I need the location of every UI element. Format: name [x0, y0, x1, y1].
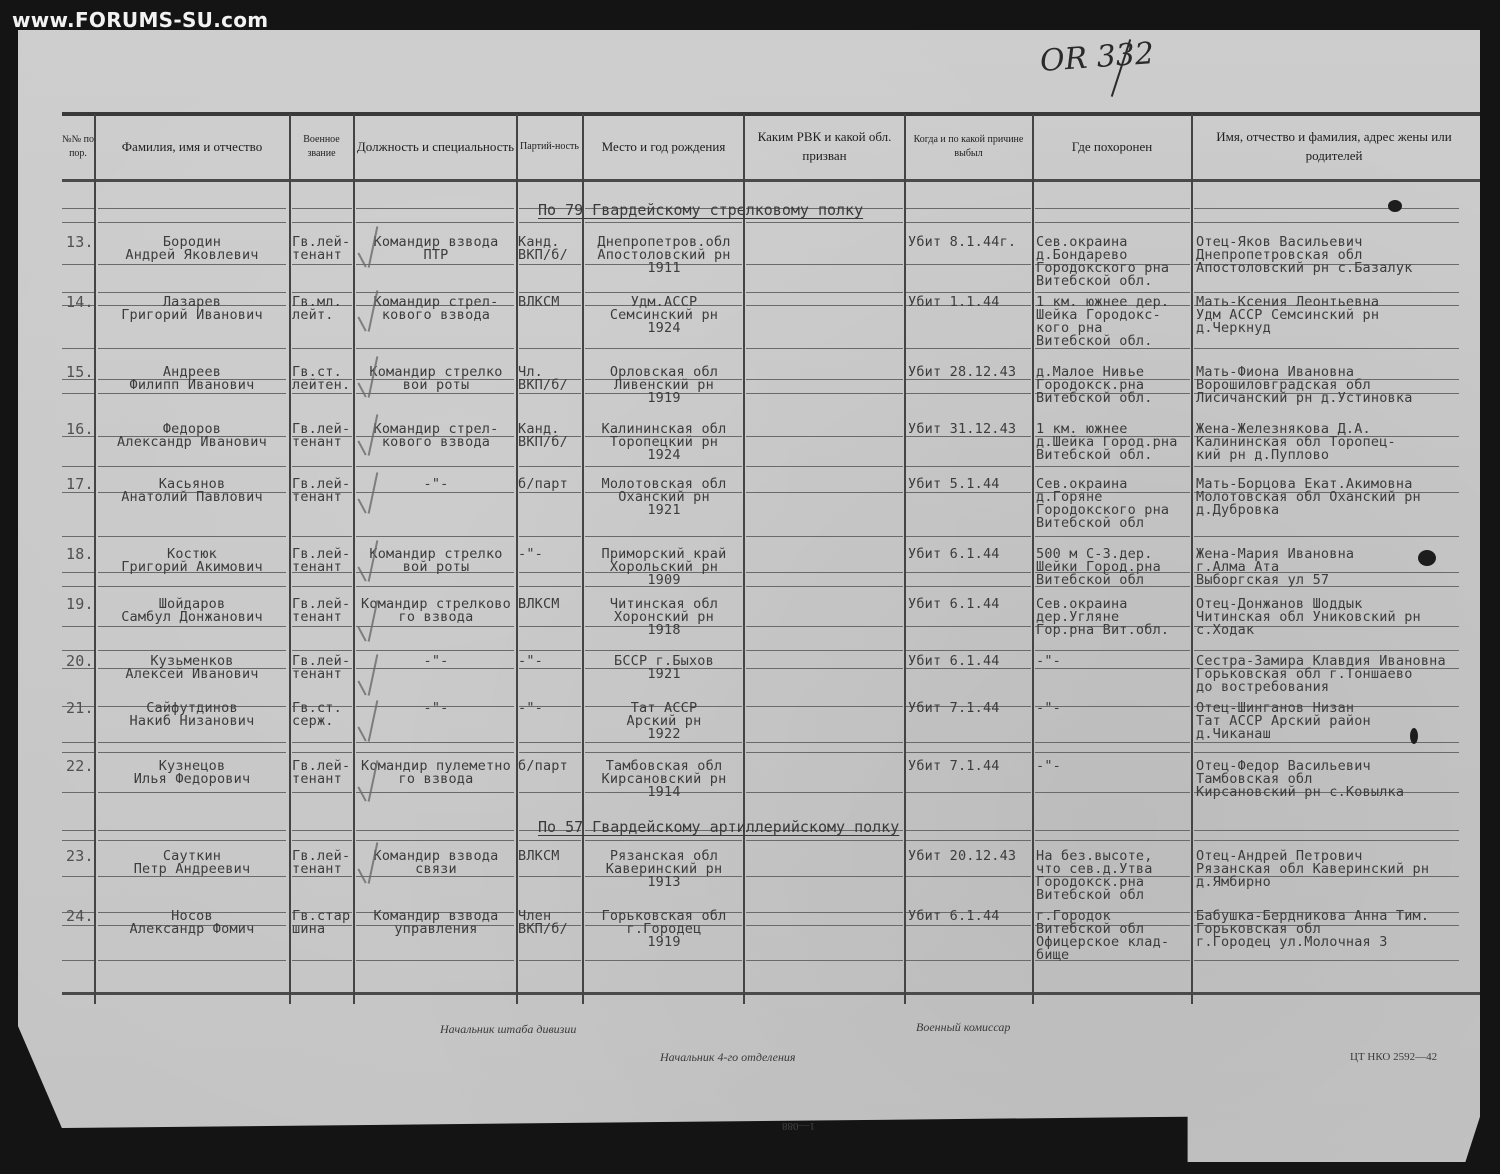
ruled-line	[585, 466, 742, 467]
ruled-line	[98, 466, 286, 467]
form-code: ЦТ НКО 2592—42	[1350, 1051, 1437, 1063]
ruled-line	[356, 292, 514, 293]
ruled-line	[519, 492, 581, 493]
ruled-line	[1194, 536, 1459, 537]
ruled-line	[356, 840, 514, 841]
ruled-line	[98, 536, 286, 537]
ruled-line	[906, 626, 1031, 627]
ruled-line	[62, 536, 94, 537]
ruled-line	[906, 742, 1031, 743]
footer-commissar: Военный комиссар	[916, 1020, 1010, 1035]
cell-party: Чл. ВКП/б/	[518, 366, 582, 392]
ruled-line	[585, 650, 742, 651]
cell-num: 18.	[66, 548, 94, 561]
paper-damage	[1418, 550, 1436, 566]
ruled-line	[585, 292, 742, 293]
header-position: Должность и специальность	[356, 118, 515, 176]
ruled-line	[62, 348, 94, 349]
cell-when: Убит 6.1.44	[908, 598, 1032, 611]
site-watermark: www.FORUMS-SU.com	[12, 8, 268, 32]
ruled-line	[356, 536, 514, 537]
cell-when: Убит 31.12.43	[908, 423, 1032, 436]
ruled-line	[746, 492, 903, 493]
ruled-line	[906, 292, 1031, 293]
ruled-line	[1035, 650, 1190, 651]
ruled-line	[746, 466, 903, 467]
ruled-line	[98, 840, 286, 841]
ruled-line	[98, 650, 286, 651]
ruled-line	[98, 208, 286, 209]
cell-rank: Гв.лей- тенант	[292, 478, 354, 504]
cell-relatives: Мать-Ксения Леонтьевна Удм АССР Семсинск…	[1196, 296, 1476, 335]
header-rvk: Каким РВК и какой обл. призван	[746, 118, 903, 176]
ruled-line	[746, 393, 903, 394]
cell-birth: Читинская обл Хоронский рн 1918	[585, 598, 743, 637]
ruled-line	[519, 466, 581, 467]
cell-num: 23.	[66, 850, 94, 863]
ruled-line	[906, 466, 1031, 467]
cell-birth: Тат АССР Арский рн 1922	[585, 702, 743, 741]
cell-num: 22.	[66, 760, 94, 773]
cell-rank: Гв.лей- тенант	[292, 548, 354, 574]
cell-rank: Гв.лей- тенант	[292, 598, 354, 624]
cell-when: Убит 6.1.44	[908, 548, 1032, 561]
ruled-line	[98, 348, 286, 349]
cell-num: 21.	[66, 702, 94, 715]
ruled-line	[1194, 222, 1459, 223]
ruled-line	[356, 393, 514, 394]
ruled-line	[906, 792, 1031, 793]
ruled-line	[98, 222, 286, 223]
ruled-line	[356, 960, 514, 961]
ruled-line	[1035, 792, 1190, 793]
cell-buried: -"-	[1036, 655, 1192, 668]
cell-position: Командир стрелко вой роты	[356, 366, 516, 392]
cell-buried: Сев.окраина дер.Угляне Гор.рна Вит.обл.	[1036, 598, 1192, 637]
ruled-line	[1035, 222, 1190, 223]
header-party: Партий-ность	[518, 118, 581, 176]
cell-rank: Гв.лей- тенант	[292, 760, 354, 786]
ruled-line	[1035, 208, 1190, 209]
ruled-line	[906, 960, 1031, 961]
ruled-line	[906, 830, 1031, 831]
cell-num: 17.	[66, 478, 94, 491]
ruled-line	[746, 292, 903, 293]
cell-relatives: Бабушка-Бердникова Анна Тим. Горьковская…	[1196, 910, 1476, 949]
ruled-line	[356, 752, 514, 753]
ruled-line	[1194, 742, 1459, 743]
header-num: №№ по пор.	[62, 118, 94, 176]
cell-party: Член ВКП/б/	[518, 910, 582, 936]
ruled-line	[746, 742, 903, 743]
ruled-line	[62, 393, 94, 394]
ruled-line	[356, 586, 514, 587]
ruled-line	[519, 292, 581, 293]
cell-name: Сауткин Петр Андреевич	[96, 850, 288, 876]
cell-party: ВЛКСМ	[518, 850, 582, 863]
ruled-line	[292, 536, 352, 537]
ruled-line	[62, 752, 94, 753]
ruled-line	[519, 792, 581, 793]
ruled-line	[292, 742, 352, 743]
cell-num: 20.	[66, 655, 94, 668]
cell-position: Командир стрелко вой роты	[356, 548, 516, 574]
cell-party: -"-	[518, 702, 582, 715]
cell-birth: Днепропетров.обл Апостоловский рн 1911	[585, 236, 743, 275]
cell-relatives: Отец-Андрей Петрович Рязанская обл Кавер…	[1196, 850, 1476, 889]
ruled-line	[746, 925, 903, 926]
ruled-line	[62, 586, 94, 587]
cell-buried: -"-	[1036, 702, 1192, 715]
ruled-line	[1194, 348, 1459, 349]
ruled-line	[906, 586, 1031, 587]
ruled-line	[356, 742, 514, 743]
ruled-line	[519, 536, 581, 537]
ruled-line	[98, 264, 286, 265]
cell-buried: На без.высоте, что сев.д.Утва Городокск.…	[1036, 850, 1192, 902]
cell-relatives: Мать-Борцова Екат.Акимовна Молотовская о…	[1196, 478, 1476, 517]
ruled-line	[746, 264, 903, 265]
ruled-line	[746, 626, 903, 627]
cell-position: -"-	[356, 702, 516, 715]
ruled-line	[1194, 840, 1459, 841]
ruled-line	[292, 840, 352, 841]
ruled-line	[746, 960, 903, 961]
cell-when: Убит 8.1.44г.	[908, 236, 1032, 249]
ruled-line	[356, 264, 514, 265]
cell-num: 14.	[66, 296, 94, 309]
cell-relatives: Мать-Фиона Ивановна Ворошиловградская об…	[1196, 366, 1476, 405]
cell-party: -"-	[518, 655, 582, 668]
cell-position: Командир пулеметно го взвода	[356, 760, 516, 786]
ruled-line	[292, 348, 352, 349]
cell-rank: Гв.лей- тенант	[292, 236, 354, 262]
cell-when: Убит 6.1.44	[908, 910, 1032, 923]
ruled-line	[356, 466, 514, 467]
ruled-line	[292, 466, 352, 467]
ruled-line	[292, 626, 352, 627]
header-buried: Где похоронен	[1034, 118, 1190, 176]
header-rank: Военное звание	[291, 118, 352, 176]
ruled-line	[906, 752, 1031, 753]
ruled-line	[746, 668, 903, 669]
cell-position: Командир взвода управления	[356, 910, 516, 936]
ruled-line	[356, 830, 514, 831]
ruled-line	[292, 650, 352, 651]
ruled-line	[585, 840, 742, 841]
ruled-line	[585, 742, 742, 743]
ruled-line	[356, 492, 514, 493]
cell-birth: Приморский край Хорольский рн 1909	[585, 548, 743, 587]
ruled-line	[62, 222, 94, 223]
ruled-line	[62, 925, 94, 926]
ruled-line	[1035, 536, 1190, 537]
cell-buried: г.Городок Витебской обл Офицерское клад-…	[1036, 910, 1192, 962]
ruled-line	[1194, 830, 1459, 831]
cell-when: Убит 7.1.44	[908, 702, 1032, 715]
ruled-line	[98, 292, 286, 293]
cell-birth: Тамбовская обл Кирсановский рн 1914	[585, 760, 743, 799]
cell-rank: Гв.стар шина	[292, 910, 354, 936]
ruled-line	[746, 379, 903, 380]
column-divider	[743, 114, 745, 1004]
ruled-line	[746, 536, 903, 537]
ruled-line	[292, 222, 352, 223]
header-when: Когда и по какой причине выбыл	[906, 118, 1031, 176]
ruled-line	[906, 876, 1031, 877]
ruled-line	[1194, 208, 1459, 209]
ruled-line	[62, 960, 94, 961]
ruled-line	[906, 925, 1031, 926]
ruled-line	[746, 586, 903, 587]
cell-relatives: Отец-Шинганов Низан Тат АССР Арский райо…	[1196, 702, 1476, 741]
cell-rank: Гв.лей- тенант	[292, 850, 354, 876]
ruled-line	[746, 706, 903, 707]
ruled-line	[1194, 292, 1459, 293]
ruled-line	[356, 348, 514, 349]
cell-num: 19.	[66, 598, 94, 611]
ruled-line	[356, 222, 514, 223]
column-divider	[289, 114, 291, 1004]
ruled-line	[585, 752, 742, 753]
cell-buried: 1 км. южнее д.Шейка Город.рна Витебской …	[1036, 423, 1192, 462]
cell-num: 24.	[66, 910, 94, 923]
ruled-line	[356, 208, 514, 209]
ruled-line	[1194, 650, 1459, 651]
ruled-line	[746, 305, 903, 306]
cell-birth: Горьковская обл г.Городец 1919	[585, 910, 743, 949]
cell-birth: Рязанская обл Каверинский рн 1913	[585, 850, 743, 889]
column-divider	[582, 114, 584, 1004]
cell-name: Носов Александр Фомич	[96, 910, 288, 936]
cell-when: Убит 7.1.44	[908, 760, 1032, 773]
ruled-line	[519, 572, 581, 573]
ruled-line	[906, 840, 1031, 841]
column-divider	[1032, 114, 1034, 1004]
cell-when: Убит 20.12.43	[908, 850, 1032, 863]
paper-damage	[1410, 728, 1418, 744]
cell-party: Канд. ВКП/б/	[518, 423, 582, 449]
cell-position: -"-	[356, 478, 516, 491]
ruled-line	[1035, 466, 1190, 467]
ruled-line	[1035, 752, 1190, 753]
ruled-line	[62, 840, 94, 841]
cell-relatives: Отец-Яков Васильевич Днепропетровская об…	[1196, 236, 1476, 275]
cell-when: Убит 5.1.44	[908, 478, 1032, 491]
cell-num: 13.	[66, 236, 94, 249]
paper-damage	[1388, 200, 1402, 212]
cell-rank: Гв.лей- тенант	[292, 423, 354, 449]
cell-when: Убит 1.1.44	[908, 296, 1032, 309]
cell-buried: -"-	[1036, 760, 1192, 773]
ruled-line	[292, 752, 352, 753]
ruled-line	[519, 840, 581, 841]
ruled-line	[98, 393, 286, 394]
ruled-line	[906, 348, 1031, 349]
ruled-line	[292, 393, 352, 394]
section-label: По 57 Гвардейскому артиллерийскому полку	[538, 818, 899, 836]
cell-name: Лазарев Григорий Иванович	[96, 296, 288, 322]
ruled-line	[585, 348, 742, 349]
cell-buried: Сев.окраина д.Бондарево Городокского рна…	[1036, 236, 1192, 288]
ruled-line	[292, 292, 352, 293]
cell-party: -"-	[518, 548, 582, 561]
page-mark: 1—088	[782, 1120, 815, 1132]
ruled-line	[98, 752, 286, 753]
ruled-line	[1035, 840, 1190, 841]
cell-position: Командир стрелково го взвода	[356, 598, 516, 624]
cell-buried: 1 км. южнее дер. Шейка Городокс- кого рн…	[1036, 296, 1192, 348]
ruled-line	[1035, 292, 1190, 293]
ruled-line	[746, 222, 903, 223]
ruled-line	[1035, 742, 1190, 743]
cell-relatives: Отец-Федор Васильевич Тамбовская обл Кир…	[1196, 760, 1476, 799]
ruled-line	[519, 222, 581, 223]
column-divider	[904, 114, 906, 1004]
cell-rank: Гв.ст. лейтен.	[292, 366, 354, 392]
ruled-line	[746, 792, 903, 793]
section-label: По 79 Гвардейскому стрелковому полку	[538, 201, 863, 219]
ruled-line	[356, 650, 514, 651]
ruled-line	[62, 572, 94, 573]
cell-birth: Молотовская обл Оханский рн 1921	[585, 478, 743, 517]
ruled-line	[746, 348, 903, 349]
header-name: Фамилия, имя и отчество	[96, 118, 288, 176]
ruled-line	[292, 264, 352, 265]
ruled-line	[62, 792, 94, 793]
ruled-line	[519, 264, 581, 265]
table-bottom-rule	[62, 992, 1480, 995]
cell-num: 15.	[66, 366, 94, 379]
cell-rank: Гв.мл. лейт.	[292, 296, 354, 322]
ruled-line	[906, 264, 1031, 265]
ruled-line	[519, 752, 581, 753]
ruled-line	[1194, 752, 1459, 753]
ruled-line	[746, 650, 903, 651]
ruled-line	[62, 466, 94, 467]
table-header-rule	[62, 179, 1480, 182]
cell-buried: д.Малое Нивье Городокск.рна Витебской об…	[1036, 366, 1192, 405]
cell-name: Сайфутдинов Накиб Низанович	[96, 702, 288, 728]
ruled-line	[746, 572, 903, 573]
footer-dept-head: Начальник 4-го отделения	[660, 1050, 795, 1065]
cell-name: Шойдаров Самбул Донжанович	[96, 598, 288, 624]
cell-position: -"-	[356, 655, 516, 668]
table-top-rule	[62, 112, 1480, 116]
cell-when: Убит 28.12.43	[908, 366, 1032, 379]
ruled-line	[519, 876, 581, 877]
ruled-line	[62, 830, 94, 831]
ruled-line	[1194, 960, 1459, 961]
ruled-line	[906, 208, 1031, 209]
cell-position: Командир взвода связи	[356, 850, 516, 876]
ruled-line	[62, 876, 94, 877]
cell-party: б/парт	[518, 478, 582, 491]
ruled-line	[1035, 830, 1190, 831]
cell-relatives: Отец-Донжанов Шоддык Читинская обл Унико…	[1196, 598, 1476, 637]
ruled-line	[98, 626, 286, 627]
ruled-line	[519, 626, 581, 627]
cell-birth: Удм.АССР Семсинский рн 1924	[585, 296, 743, 335]
ruled-line	[906, 393, 1031, 394]
cell-position: Командир стрел- кового взвода	[356, 423, 516, 449]
cell-buried: Сев.окраина д.Горяне Городокского рна Ви…	[1036, 478, 1192, 530]
ruled-line	[1194, 466, 1459, 467]
ruled-line	[62, 626, 94, 627]
cell-party: б/парт	[518, 760, 582, 773]
ruled-line	[519, 393, 581, 394]
ruled-line	[62, 650, 94, 651]
cell-relatives: Жена-Железнякова Д.А. Калининская обл То…	[1196, 423, 1476, 462]
ruled-line	[519, 348, 581, 349]
ruled-line	[292, 586, 352, 587]
ruled-line	[356, 792, 514, 793]
cell-rank: Гв.лей- тенант	[292, 655, 354, 681]
ruled-line	[746, 876, 903, 877]
ruled-line	[292, 960, 352, 961]
ruled-line	[585, 222, 742, 223]
ruled-line	[519, 960, 581, 961]
ruled-line	[519, 586, 581, 587]
ruled-line	[292, 792, 352, 793]
cell-name: Андреев Филипп Иванович	[96, 366, 288, 392]
cell-when: Убит 6.1.44	[908, 655, 1032, 668]
ruled-line	[746, 840, 903, 841]
ruled-line	[746, 436, 903, 437]
ruled-line	[292, 208, 352, 209]
cell-party: Канд. ВКП/б/	[518, 236, 582, 262]
cell-name: Кузнецов Илья Федорович	[96, 760, 288, 786]
cell-party: ВЛКСМ	[518, 296, 582, 309]
cell-relatives: Сестра-Замира Клавдия Ивановна Горьковск…	[1196, 655, 1476, 694]
ruled-line	[906, 572, 1031, 573]
cell-name: Федоров Александр Иванович	[96, 423, 288, 449]
header-relatives: Имя, отчество и фамилия, адрес жены или …	[1194, 118, 1474, 176]
ruled-line	[906, 536, 1031, 537]
cell-birth: Орловская обл Ливенский рн 1919	[585, 366, 743, 405]
ruled-line	[62, 742, 94, 743]
ruled-line	[98, 586, 286, 587]
ruled-line	[585, 536, 742, 537]
ruled-line	[519, 742, 581, 743]
ruled-line	[746, 912, 903, 913]
cell-rank: Гв.ст. серж.	[292, 702, 354, 728]
ruled-line	[906, 492, 1031, 493]
cell-name: Бородин Андрей Яковлевич	[96, 236, 288, 262]
ruled-line	[62, 208, 94, 209]
cell-name: Касьянов Анатолий Павлович	[96, 478, 288, 504]
cell-num: 16.	[66, 423, 94, 436]
cell-buried: 500 м С-З.дер. Шейки Город.рна Витебской…	[1036, 548, 1192, 587]
ruled-line	[98, 960, 286, 961]
cell-name: Костюк Григорий Акимович	[96, 548, 288, 574]
header-birth: Место и год рождения	[585, 118, 742, 176]
ruled-line	[746, 752, 903, 753]
ruled-line	[98, 742, 286, 743]
ruled-line	[62, 264, 94, 265]
ruled-line	[519, 650, 581, 651]
cell-birth: Калининская обл Торопецкий рн 1924	[585, 423, 743, 462]
ruled-line	[585, 960, 742, 961]
ruled-line	[906, 222, 1031, 223]
ruled-line	[98, 830, 286, 831]
ruled-line	[906, 650, 1031, 651]
ruled-line	[98, 792, 286, 793]
cell-position: Командир взвода ПТР	[356, 236, 516, 262]
ruled-line	[356, 626, 514, 627]
cell-name: Кузьменков Алексей Иванович	[96, 655, 288, 681]
cell-position: Командир стрел- кового взвода	[356, 296, 516, 322]
